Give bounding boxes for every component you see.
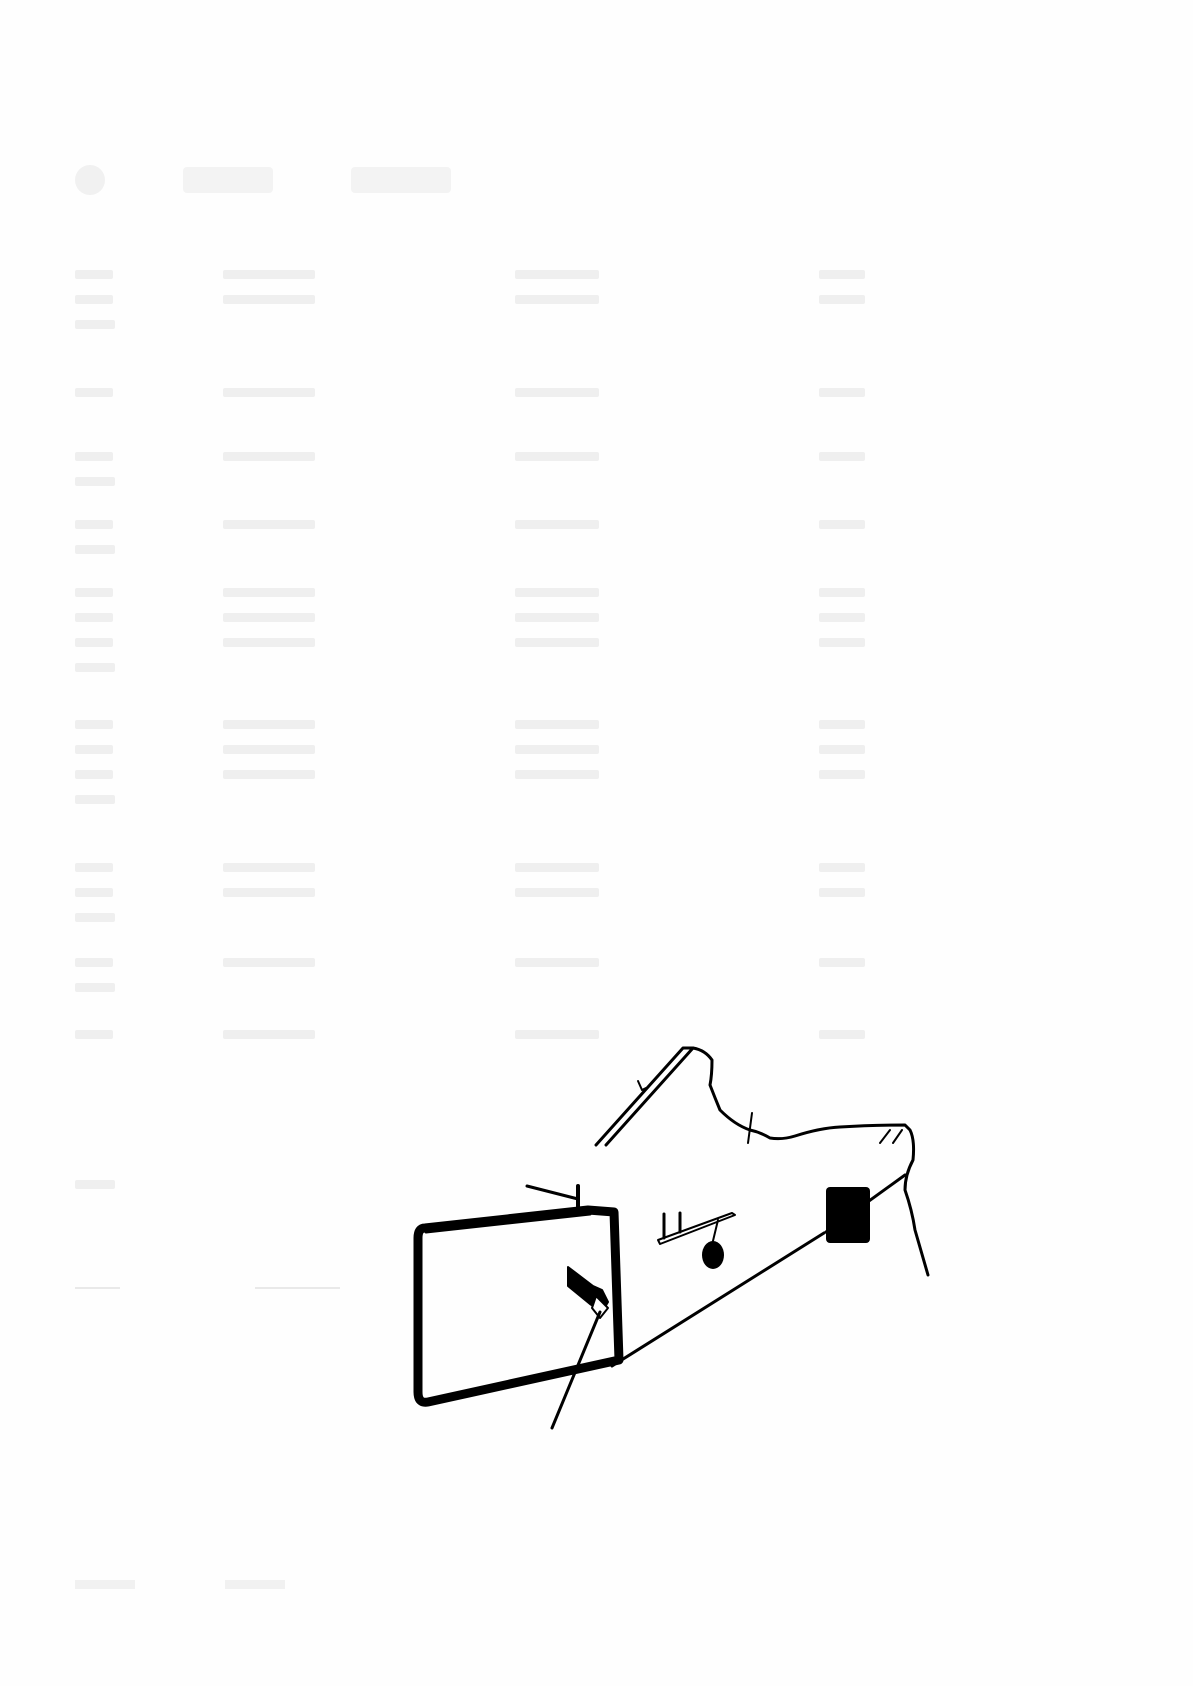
block [826,1187,870,1243]
apparatus-figure [0,0,1193,1686]
frame-board [418,1210,619,1402]
hanging-weight [702,1241,724,1269]
